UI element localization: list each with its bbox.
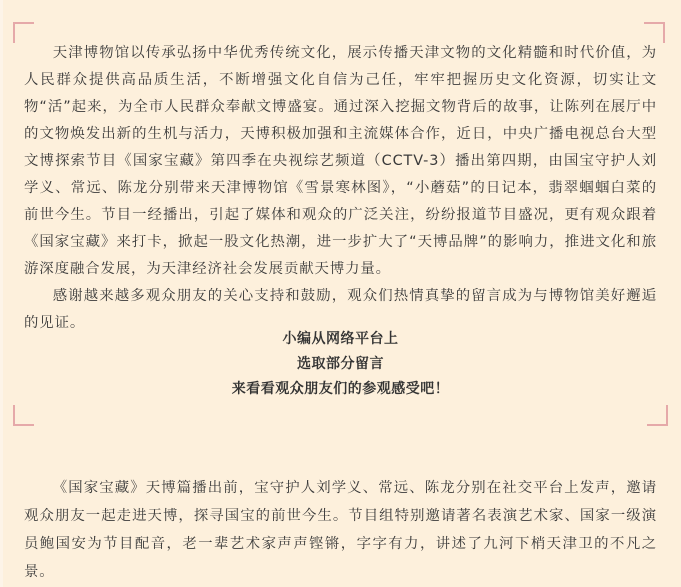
body-paragraph: 《国家宝藏》天博篇播出前，宝守护人刘学义、常远、陈龙分别在社交平台上发声，邀请观… <box>24 474 657 586</box>
highlight-line: 选取部分留言 <box>0 352 681 377</box>
body-section: 《国家宝藏》天博篇播出前，宝守护人刘学义、常远、陈龙分别在社交平台上发声，邀请观… <box>24 474 657 586</box>
corner-bracket-bottom-left <box>13 405 34 426</box>
intro-paragraph: 天津博物馆以传承弘扬中华优秀传统文化，展示传播天津文物的文化精髓和时代价值，为人… <box>24 40 657 283</box>
intro-section: 天津博物馆以传承弘扬中华优秀传统文化，展示传播天津文物的文化精髓和时代价值，为人… <box>24 40 657 337</box>
highlight-block: 小编从网络平台上 选取部分留言 来看看观众朋友们的参观感受吧！ <box>0 327 681 402</box>
highlight-line: 来看看观众朋友们的参观感受吧！ <box>0 377 681 402</box>
corner-bracket-bottom-right <box>647 405 668 426</box>
highlight-line: 小编从网络平台上 <box>0 327 681 352</box>
page-edge <box>0 0 3 587</box>
